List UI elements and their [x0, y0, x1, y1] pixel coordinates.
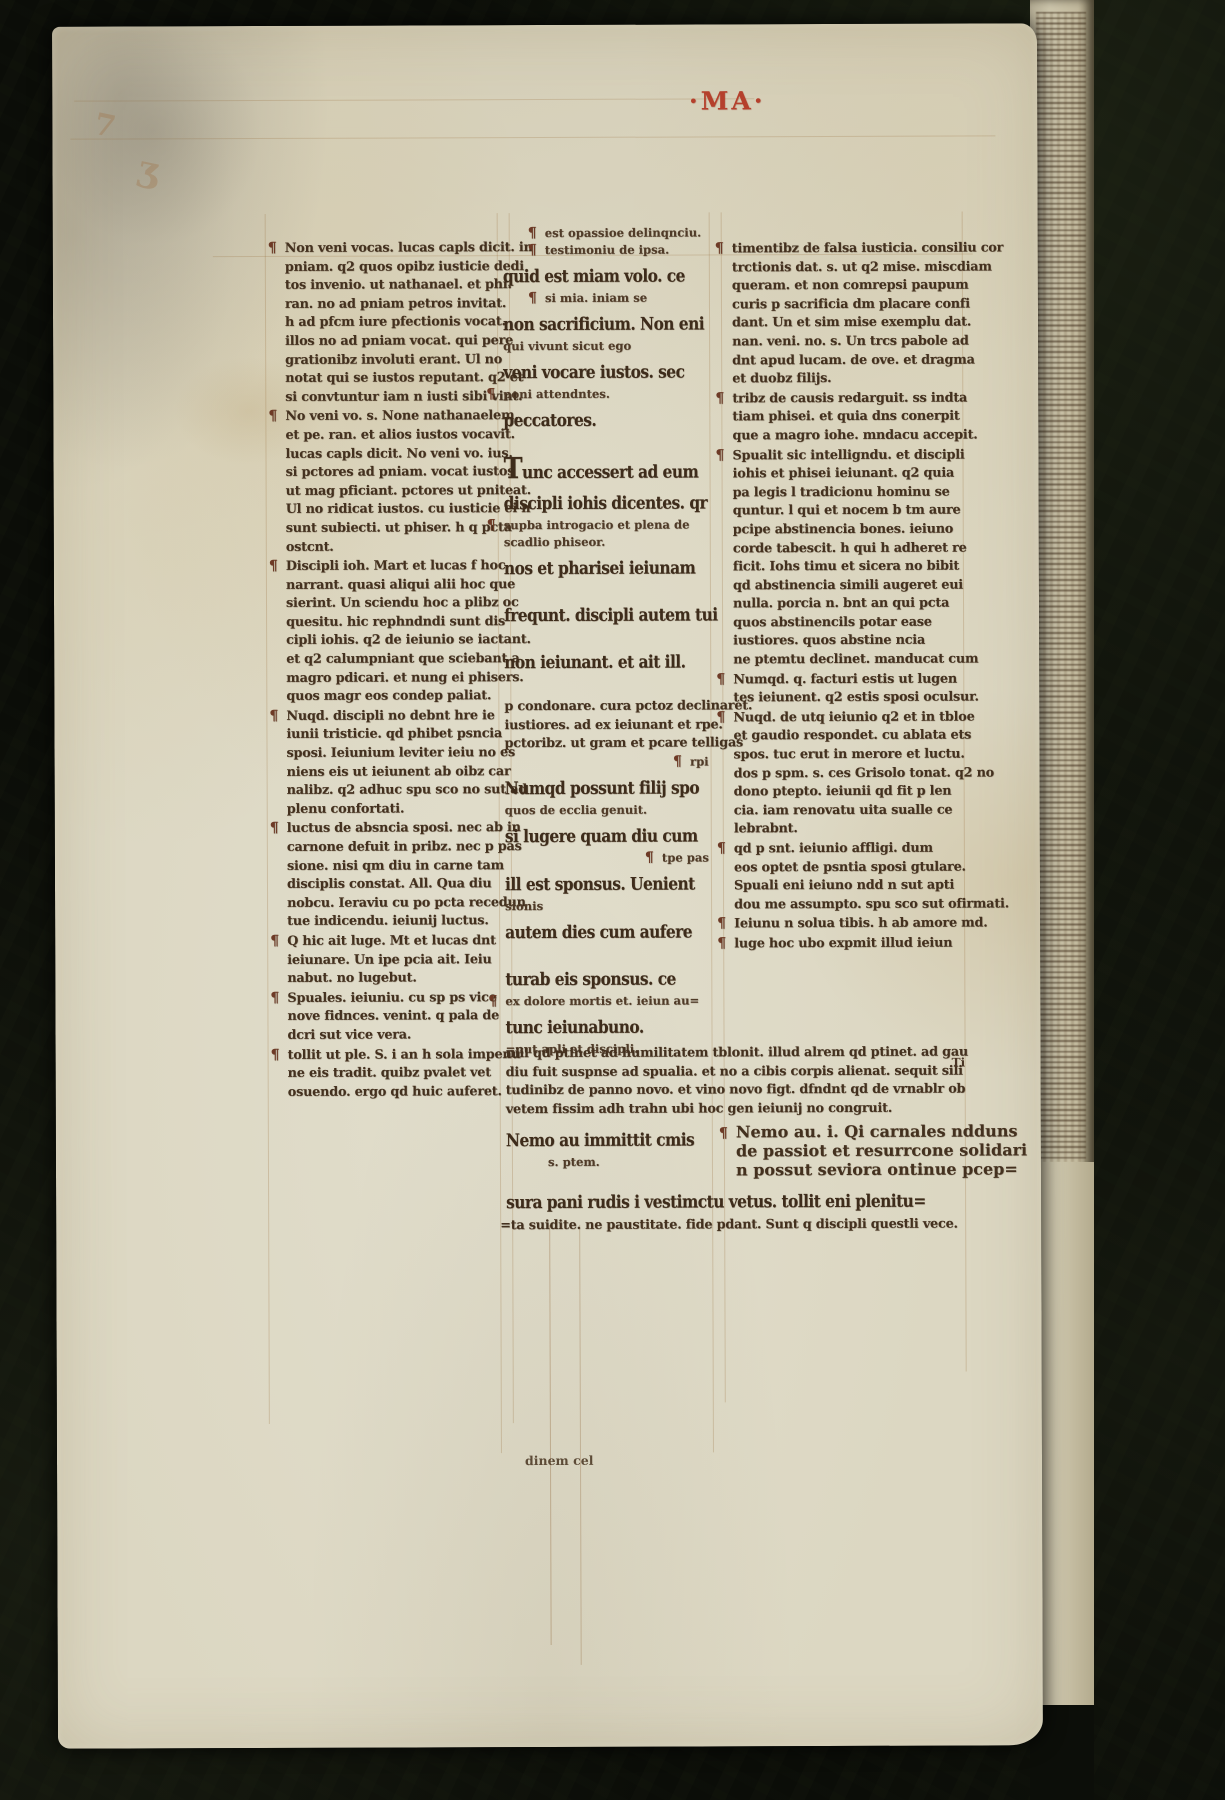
text-line: ¶luge hoc ubo expmit illud ieiun: [734, 933, 990, 953]
line-text: lebrabnt.: [734, 822, 798, 837]
text-line: quos magr eos condep paliat.: [286, 687, 524, 706]
text-line: ¶tollit ut ple. S. i an h sola impenu: [288, 1045, 526, 1065]
lemma-line: Nemo au immittit cmis: [506, 1128, 694, 1154]
text-line: nobcu. Ieraviu cu po pcta recedun: [287, 894, 525, 913]
pilcrow-mark: ¶: [645, 849, 651, 866]
text-line: ¶ex dolore mortis et. ieiun au=: [505, 992, 719, 1010]
text-line: nan. veni. no. s. Un trcs pabole ad: [732, 332, 988, 351]
text-line: quos de ecclia genuit.: [505, 801, 719, 819]
pilcrow-mark: ¶: [717, 934, 723, 953]
line-text: Nemo au. i. Qi carnales ndduns: [736, 1121, 1018, 1141]
text-line: nove fidnces. venint. q pala de: [287, 1007, 525, 1026]
pilcrow-mark: ¶: [268, 407, 274, 426]
text-line: iustiores. ad ex ieiunant et rpe.: [504, 716, 718, 735]
text-line: scadlio phiseor.: [504, 533, 718, 551]
text-line: que a magro iohe. mndacu accepit.: [732, 426, 988, 445]
text-line: sierint. Un sciendu hoc a plibz oc: [286, 594, 524, 613]
text-line: ¶luctus de absncia sposi. nec ab in: [287, 818, 525, 838]
line-text: sunt subiecti. ut phiser. h q pcta: [286, 520, 512, 536]
line-text: qd abstinencia simili augeret eui: [733, 577, 963, 593]
line-text: tpe pas: [662, 850, 709, 864]
text-line: queram. et non comrepsi paupum: [732, 277, 988, 296]
text-line: pniam. q2 quos opibz iusticie dedi: [285, 258, 523, 277]
stain: [42, 16, 263, 247]
text-column-middle: ¶est opassioe delinqnciu.¶testimoniu de …: [503, 224, 720, 1058]
pilcrow-mark: ¶: [528, 225, 534, 242]
text-line: nulla. porcia n. bnt an qui pcta: [733, 595, 989, 614]
line-text: p condonare. cura pctoz declinaret.: [504, 698, 752, 714]
text-line: dou me assumpto. spu sco sut ofirmati.: [734, 895, 990, 914]
line-text: que a magro iohe. mndacu accepit.: [732, 427, 977, 443]
text-line: qui vivunt sicut ego: [503, 337, 717, 355]
line-text: diu fuit suspnse ad spualia. et no a cib…: [506, 1063, 963, 1080]
line-text: iunii tristicie. qd phibet psncia: [286, 727, 502, 743]
line-text: si pctores ad pniam. vocat iustos: [286, 464, 515, 480]
text-line: ¶tribz de causis redarguit. ss indta: [732, 388, 988, 408]
text-line: tiam phisei. et quia dns conerpit: [732, 408, 988, 427]
line-text: spos. tuc erut in merore et luctu.: [734, 747, 965, 763]
line-text: ran. no ad pniam petros invitat.: [285, 296, 506, 312]
text-line: tue indicendu. ieiunij luctus.: [287, 912, 525, 931]
line-text: qd p snt. ieiunio affligi. dum: [734, 841, 933, 857]
line-text: Ul no ridicat iustos. cu iusticie ei n: [286, 501, 531, 517]
text-line: si lugere quam diu cum: [505, 824, 693, 850]
text-line: pcipe abstinencia bones. ieiuno: [733, 520, 989, 539]
line-text: supba introgacio et plena de: [504, 518, 690, 533]
line-text: discipli iohis dicentes. qr: [504, 493, 708, 514]
text-line: lucas capls dicit. No veni vo. ius.: [285, 445, 523, 464]
text-line: eos optet de psntia sposi gtulare.: [734, 858, 990, 877]
pilcrow-mark: ¶: [715, 446, 721, 465]
line-text: et gaudio respondet. cu ablata ets: [733, 728, 971, 744]
line-text: non sacrificium. Non eni: [503, 314, 704, 335]
pilcrow-mark: ¶: [715, 239, 721, 258]
margin-scribble: 7: [91, 107, 119, 146]
pilcrow-mark: ¶: [486, 386, 492, 403]
text-line: narrant. quasi aliqui alii hoc que: [286, 576, 524, 595]
line-text: nalibz. q2 adhuc spu sco no sut ad: [287, 782, 527, 798]
line-text: n possut seviora ontinue pcep=: [736, 1159, 1018, 1179]
text-column-left: ¶Non veni vocas. lucas capls dicit. inpn…: [268, 238, 526, 1102]
ruling-line: [579, 1225, 582, 1665]
text-line: Spuali eni ieiuno ndd n sut apti: [734, 877, 990, 896]
line-text: ex dolore mortis et. ieiun au=: [505, 993, 699, 1008]
line-text: queram. et non comrepsi paupum: [732, 278, 969, 294]
text-line: illos no ad pniam vocat. qui pere: [285, 332, 523, 351]
pilcrow-mark: ¶: [270, 819, 276, 838]
line-text: nos et pharisei ieiunam: [504, 558, 695, 579]
line-text: tunc ieiunabuno.: [505, 1017, 643, 1037]
running-title: ·MA·: [652, 86, 802, 116]
line-text: dos p spm. s. ces Grisolo tonat. q2 no: [734, 765, 994, 781]
margin-signe-mark: Ti: [952, 1056, 966, 1070]
catchword: dinem cel: [525, 1453, 593, 1468]
pilcrow-mark: ¶: [717, 839, 723, 858]
line-text: tiam phisei. et quia dns conerpit: [732, 409, 959, 425]
text-column-right: ¶timentibz de falsa iusticia. consiliu c…: [715, 238, 990, 954]
text-line: niens eis ut ieiunent ab oibz car: [287, 763, 525, 782]
bottom-lemma-left: Nemo au immittit cmis s. ptem.: [506, 1122, 719, 1180]
text-line: ficit. Iohs timu et sicera no bibit: [733, 558, 989, 577]
line-text: pctoribz. ut gram et pcare telligas: [504, 736, 743, 752]
text-line: tes ieiunent. q2 estis sposi oculsur.: [733, 689, 989, 708]
line-text: curis p sacrificia dm placare confi: [732, 296, 970, 312]
line-text: quntur. l qui et nocem b tm aure: [733, 503, 961, 519]
line-text: lucas capls dicit. No veni vo. ius.: [285, 446, 512, 462]
pilcrow-mark: ¶: [270, 932, 276, 951]
line-text: nabut. no lugebut.: [287, 971, 416, 986]
line-text: luctus de absncia sposi. nec ab in: [287, 820, 521, 836]
text-line: ¶timentibz de falsa iusticia. consiliu c…: [732, 238, 988, 258]
text-line: tos invenio. ut nathanael. et phi.: [285, 276, 523, 295]
bottom-commentary-block: niil qd ptinet ad humilitatem tblonit. i…: [506, 1044, 974, 1120]
line-text: scadlio phiseor.: [504, 535, 606, 549]
text-line: et gaudio respondet. cu ablata ets: [733, 727, 989, 746]
line-text: sionis: [505, 899, 543, 913]
text-line: osuendo. ergo qd huic auferet.: [288, 1083, 526, 1102]
pilcrow-mark: ¶: [269, 707, 275, 726]
line-text: grationibz involuti erant. Ul no: [285, 352, 502, 368]
text-line: ¶Discipli ioh. Mart et lucas f hoc: [286, 556, 524, 576]
text-line: ¶supba introgacio et plena de: [504, 516, 718, 534]
text-line: ieiunare. Un ipe pcia ait. Ieiu: [287, 951, 525, 970]
line-text: dono ptepto. ieiunii qd fit p len: [734, 784, 952, 800]
pilcrow-mark: ¶: [673, 753, 679, 770]
line-text: ficit. Iohs timu et sicera no bibit: [733, 559, 959, 575]
line-text: ieiunare. Un ipe pcia ait. Ieiu: [287, 952, 491, 968]
text-line: ¶No veni vo. s. None nathanaelem.: [285, 406, 523, 426]
line-text: Nuqd. de utq ieiunio q2 et in tbloe: [733, 709, 974, 725]
text-line: qd abstinencia simili augeret eui: [733, 576, 989, 595]
line-text: timentibz de falsa iusticia. consiliu co…: [732, 240, 1003, 256]
text-line: nos et pharisei ieiunam: [504, 556, 692, 582]
line-text: qui vivunt sicut ego: [503, 339, 631, 353]
line-text: ut mag pficiant. pctores ut pniteat.: [286, 483, 531, 499]
line-text: illos no ad pniam vocat. qui pere: [285, 333, 513, 349]
line-text: tollit ut ple. S. i an h sola impenu: [288, 1047, 521, 1063]
text-line: h ad pfcm iure pfectionis vocat.: [285, 313, 523, 332]
text-line: quntur. l qui et nocem b tm aure: [733, 502, 989, 521]
text-line: plenu confortati.: [287, 800, 525, 819]
line-text: est opassioe delinqnciu.: [545, 225, 701, 240]
line-text: nove fidnces. venint. q pala de: [287, 1009, 499, 1025]
text-line: carnone defuit in pribz. nec p pas: [287, 838, 525, 857]
text-line: pa legis l tradicionu hominu se: [733, 483, 989, 502]
line-text: niens eis ut ieiunent ab oibz car: [287, 764, 511, 780]
text-line: Tunc accessert ad eum: [503, 455, 691, 486]
text-line: sposi. Ieiunium leviter ieiu no es: [287, 744, 525, 763]
line-text: et q2 calumpniant que sciebant a: [286, 651, 519, 667]
line-text: dou me assumpto. spu sco sut ofirmati.: [734, 896, 1009, 912]
manuscript-page: 7 ʒ ·MA· ¶Non veni vocas. lucas capls di…: [52, 23, 1043, 1748]
line-text: non ieiunant. et ait ill.: [504, 653, 685, 674]
pilcrow-mark: ¶: [270, 989, 276, 1008]
line-text: No veni vo. s. None nathanaelem.: [285, 408, 518, 424]
text-line: ¶Nemo au. i. Qi carnales ndduns: [736, 1121, 991, 1141]
text-line: ¶qd p snt. ieiunio affligi. dum: [734, 838, 990, 858]
text-line: ¶si mia. iniam se: [503, 289, 717, 307]
line-text: disciplis constat. All. Qua diu: [287, 876, 492, 892]
line-text: Ieiunu n solua tibis. h ab amore md.: [734, 916, 987, 932]
pilcrow-mark: ¶: [269, 557, 275, 576]
line-text: peccatores.: [503, 411, 596, 431]
line-text: iustiores. ad ex ieiunant et rpe.: [504, 717, 722, 733]
line-text: ill est sponsus. Uenient: [505, 874, 695, 895]
line-text: quid est miam volo. ce: [503, 267, 685, 288]
text-line: quesitu. hic rephndndi sunt dis: [286, 613, 524, 632]
text-line: ut mag pficiant. pctores ut pniteat.: [286, 482, 524, 501]
line-text: veni vocare iustos. sec: [503, 363, 684, 384]
photograph-of-manuscript: { "meta": { "description_heading": "·MA·…: [0, 0, 1225, 1800]
line-text: eos optet de psntia sposi gtulare.: [734, 859, 966, 875]
text-line: turab eis sponsus. ce: [505, 967, 693, 993]
text-line: n possut seviora ontinue pcep=: [736, 1159, 991, 1179]
text-line: dcri sut vice vera.: [287, 1026, 525, 1045]
text-line: magro pdicari. et nung ei phisers.: [286, 669, 524, 688]
line-text: tribz de causis redarguit. ss indta: [732, 390, 967, 406]
ruling-line: [70, 135, 995, 139]
line-text: vetem fissim adh trahn ubi hoc gen ieiun…: [506, 1101, 892, 1117]
line-text: niil qd ptinet ad humilitatem tblonit. i…: [506, 1045, 969, 1062]
text-line: tunc ieiunabuno.: [505, 1015, 693, 1041]
line-text: iohis et phisei ieiunant. q2 quia: [733, 466, 955, 482]
line-text: nulla. porcia n. bnt an qui pcta: [733, 596, 949, 612]
text-line: frequnt. discipli autem tui: [504, 603, 692, 629]
line-text: tes ieiunent. q2 estis sposi oculsur.: [733, 690, 978, 706]
text-line: tudinibz de panno novo. et vino novo fig…: [506, 1081, 974, 1101]
text-line: ¶poni attendntes.: [503, 385, 717, 403]
text-line: ¶Q hic ait luge. Mt et lucas dnt: [287, 931, 525, 951]
text-line: autem dies cum aufere: [505, 920, 693, 946]
line-text: Numqd. q. facturi estis ut lugen: [733, 671, 957, 687]
line-text: Nuqd. discipli no debnt hre ie: [286, 708, 494, 724]
text-line: disciplis constat. All. Qua diu: [287, 875, 525, 894]
text-line: spos. tuc erut in merore et luctu.: [734, 745, 990, 764]
line-text: cipli iohis. q2 de ieiunio se iactant.: [286, 633, 531, 649]
text-line: sionis: [505, 897, 719, 915]
text-line: et pe. ran. et alios iustos vocavit.: [285, 426, 523, 445]
text-line: peccatores.: [503, 408, 691, 434]
pilcrow-mark: ¶: [715, 389, 721, 408]
line-text: et duobz filijs.: [732, 371, 831, 386]
line-text: testimoniu de ipsa.: [545, 243, 669, 257]
line-text: Non veni vocas. lucas capls dicit. in: [285, 240, 533, 256]
text-line: curis p sacrificia dm placare confi: [732, 295, 988, 314]
line-text: Spuales. ieiuniu. cu sp ps vice: [287, 990, 496, 1006]
line-text: luge hoc ubo expmit illud ieiun: [734, 936, 952, 952]
line-text: tudinibz de panno novo. et vino novo fig…: [506, 1082, 966, 1099]
text-line: nalibz. q2 adhuc spu sco no sut ad: [287, 781, 525, 800]
text-line: si pctores ad pniam. vocat iustos: [286, 463, 524, 482]
line-text: de passiot et resurrcone solidari: [736, 1140, 1027, 1160]
line-text: dnt apud lucam. de ove. et dragma: [732, 352, 975, 368]
line-text: plenu confortati.: [287, 801, 405, 816]
line-text: pcipe abstinencia bones. ieiuno: [733, 521, 953, 537]
text-line: ¶tpe pas: [505, 849, 719, 867]
pilcrow-mark: ¶: [268, 239, 274, 258]
text-line: ¶Non veni vocas. lucas capls dicit. in: [285, 238, 523, 258]
line-text: poni attendntes.: [503, 387, 610, 401]
text-line: ¶Nuqd. de utq ieiunio q2 et in tbloe: [733, 707, 989, 727]
text-line: ¶Nuqd. discipli no debnt hre ie: [286, 706, 524, 726]
gloss-line: s. ptem.: [506, 1153, 719, 1171]
text-line: grationibz involuti erant. Ul no: [285, 351, 523, 370]
line-text: pniam. q2 quos opibz iusticie dedi: [285, 259, 524, 275]
text-line: ne eis tradit. quibz pvalet vet: [288, 1064, 526, 1083]
text-line: et duobz filijs.: [732, 370, 988, 389]
pilcrow-mark: ¶: [488, 993, 494, 1010]
text-line: iohis et phisei ieiunant. q2 quia: [733, 465, 989, 484]
line-text: rpi: [690, 754, 709, 768]
line-text: pa legis l tradicionu hominu se: [733, 484, 950, 500]
text-line: cia. iam renovatu uita sualle ce: [734, 801, 990, 820]
line-text: ostcnt.: [286, 539, 334, 554]
bottom-commentary-right: ¶Nemo au. i. Qi carnales nddunsde passio…: [719, 1121, 991, 1179]
pilcrow-mark: ¶: [487, 517, 493, 534]
text-line: cipli iohis. q2 de ieiunio se iactant.: [286, 632, 524, 651]
bottom-split-row: Nemo au immittit cmis s. ptem. ¶Nemo au.…: [506, 1122, 974, 1181]
line-text: Tunc accessert ad eum: [504, 462, 699, 483]
line-text: sione. nisi qm diu in carne tam: [287, 858, 504, 874]
line-text: magro pdicari. et nung ei phisers.: [286, 670, 523, 686]
text-line: ¶Ieiunu n solua tibis. h ab amore md.: [734, 914, 990, 934]
pilcrow-mark: ¶: [716, 670, 722, 689]
line-text: tos invenio. ut nathanael. et phi.: [285, 277, 512, 293]
text-line: dant. Un et sim mise exemplu dat.: [732, 314, 988, 333]
text-line: ¶Spualit sic intelligndu. et discipli: [732, 445, 988, 465]
line-text: nan. veni. no. s. Un trcs pabole ad: [732, 333, 969, 349]
text-line: quid est miam volo. ce: [503, 264, 691, 290]
line-text: Discipli ioh. Mart et lucas f hoc: [286, 558, 506, 574]
text-line: iunii tristicie. qd phibet psncia: [286, 726, 524, 745]
text-line: de passiot et resurrcone solidari: [736, 1140, 991, 1160]
line-text: Numqd possunt filij spo: [505, 778, 699, 799]
text-line: ¶testimoniu de ipsa.: [503, 241, 717, 259]
text-line: corde tabescit. h qui h adheret re: [733, 539, 989, 558]
text-line: et q2 calumpniant que sciebant a: [286, 650, 524, 669]
text-line: diu fuit suspnse ad spualia. et no a cib…: [506, 1062, 974, 1082]
line-text: Spualit sic intelligndu. et discipli: [732, 447, 964, 463]
text-line: veni vocare iustos. sec: [503, 360, 691, 386]
line-text: tue indicendu. ieiunij luctus.: [287, 914, 488, 930]
line-text: quesitu. hic rephndndi sunt dis: [286, 614, 505, 630]
text-line: ill est sponsus. Uenient: [505, 872, 693, 898]
line-text: iustiores. quos abstine ncia: [733, 633, 925, 649]
pilcrow-mark: ¶: [528, 242, 534, 259]
pilcrow-mark: ¶: [271, 1045, 277, 1064]
text-line: dnt apud lucam. de ove. et dragma: [732, 351, 988, 370]
line-text: quos de ecclia genuit.: [505, 802, 647, 816]
line-text: cia. iam renovatu uita sualle ce: [734, 802, 953, 818]
line-text: carnone defuit in pribz. nec p pas: [287, 839, 522, 855]
line-text: Q hic ait luge. Mt et lucas dnt: [287, 933, 496, 949]
text-line: pctoribz. ut gram et pcare telligas: [504, 735, 718, 754]
line-text: turab eis sponsus. ce: [505, 969, 676, 990]
line-text: autem dies cum aufere: [505, 922, 692, 943]
line-text: si lugere quam diu cum: [505, 826, 698, 847]
text-line: ran. no ad pniam petros invitat.: [285, 295, 523, 314]
line-text: corde tabescit. h qui h adheret re: [733, 540, 967, 556]
text-line: trctionis dat. s. ut q2 mise. miscdiam: [732, 258, 988, 277]
text-line: vetem fissim adh trahn ubi hoc gen ieiun…: [506, 1099, 974, 1119]
line-text: frequnt. discipli autem tui: [504, 605, 718, 626]
line-text: h ad pfcm iure pfectionis vocat.: [285, 315, 506, 331]
text-line: quos abstinencils potar ease: [733, 613, 989, 632]
text-line: dos p spm. s. ces Grisolo tonat. q2 no: [734, 764, 990, 783]
text-line-wide: =ta suidite. ne paustitate. fide pdant. …: [500, 1216, 974, 1236]
lemma-line-wide: sura pani rudis i vestimctu vetus. tolli…: [506, 1190, 918, 1216]
line-text: nobcu. Ieraviu cu po pcta recedun: [287, 895, 526, 911]
line-text: Spuali eni ieiuno ndd n sut apti: [734, 878, 954, 894]
line-text: ne eis tradit. quibz pvalet vet: [288, 1065, 491, 1081]
line-text: si mia. iniam se: [545, 291, 647, 305]
line-text: quos abstinencils potar ease: [733, 615, 932, 631]
text-line: discipli iohis dicentes. qr: [504, 491, 692, 517]
facing-page-text-show-through: [1036, 12, 1086, 1162]
line-text: ne ptemtu declinet. manducat cum: [733, 652, 978, 668]
line-text: sierint. Un sciendu hoc a plibz oc: [286, 595, 519, 611]
text-line: p condonare. cura pctoz declinaret.: [504, 697, 718, 716]
text-line: sione. nisi qm diu in carne tam: [287, 857, 525, 876]
text-line: iustiores. quos abstine ncia: [733, 632, 989, 651]
text-line: ostcnt.: [286, 538, 524, 557]
line-text: et pe. ran. et alios iustos vocavit.: [285, 427, 515, 443]
line-text: osuendo. ergo qd huic auferet.: [288, 1084, 502, 1100]
text-line: niil qd ptinet ad humilitatem tblonit. i…: [506, 1044, 974, 1064]
text-line: ne ptemtu declinet. manducat cum: [733, 651, 989, 670]
margin-scribble: ʒ: [134, 147, 163, 192]
text-line: ¶est opassioe delinqnciu.: [503, 224, 717, 242]
pilcrow-mark: ¶: [717, 915, 723, 934]
pilcrow-mark: ¶: [716, 708, 722, 727]
line-text: trctionis dat. s. ut q2 mise. miscdiam: [732, 259, 992, 275]
text-line: nabut. no lugebut.: [287, 969, 525, 988]
line-text: quos magr eos condep paliat.: [286, 688, 491, 704]
ruling-line: [549, 1225, 551, 1645]
text-line: Numqd possunt filij spo: [505, 776, 693, 802]
pilcrow-mark: ¶: [719, 1125, 725, 1141]
text-line: non ieiunant. et ait ill.: [504, 650, 692, 676]
text-line: ¶Numqd. q. facturi estis ut lugen: [733, 669, 989, 689]
pilcrow-mark: ¶: [528, 290, 534, 307]
line-text: notat qui se iustos reputant. q2 et: [285, 370, 523, 386]
line-text: sposi. Ieiunium leviter ieiu no es: [287, 745, 515, 761]
line-text: dcri sut vice vera.: [287, 1027, 411, 1042]
text-line: dono ptepto. ieiunii qd fit p len: [734, 783, 990, 802]
text-line: ¶rpi: [505, 753, 719, 771]
line-text: dant. Un et sim mise exemplu dat.: [732, 315, 971, 331]
text-line: lebrabnt.: [734, 820, 990, 839]
text-line: non sacrificium. Non eni: [503, 312, 691, 338]
line-text: narrant. quasi aliqui alii hoc que: [286, 577, 515, 593]
